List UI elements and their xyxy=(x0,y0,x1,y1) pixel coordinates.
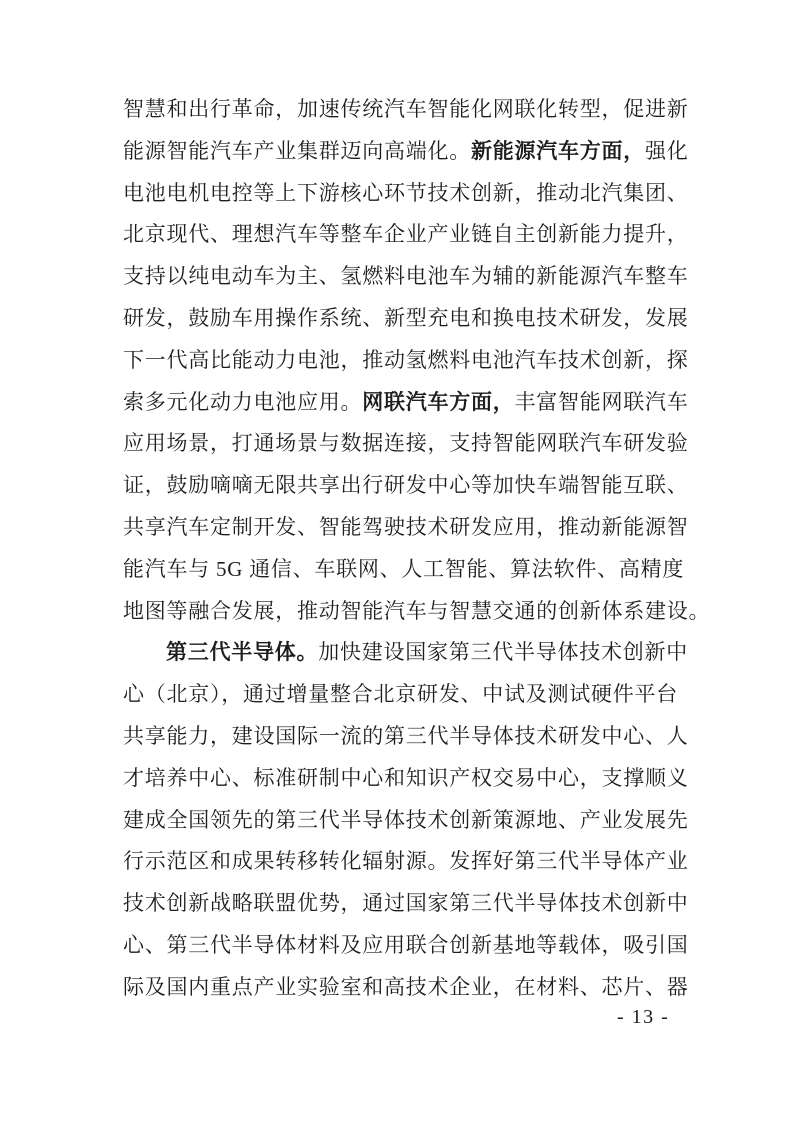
text-line: 际及国内重点产业实验室和高技术企业，在材料、芯片、器 xyxy=(123,967,689,1009)
text-segment: 加快建设国家第三代半导体技术创新中 xyxy=(318,640,688,664)
text-segment: 技术创新战略联盟优势，通过国家第三代半导体技术创新中 xyxy=(123,891,689,915)
text-line: 电池电机电控等上下游核心环节技术创新，推动北汽集团、 xyxy=(123,173,689,215)
text-segment: 应用场景，打通场景与数据连接，支持智能网联汽车研发验 xyxy=(123,431,689,455)
text-line: 应用场景，打通场景与数据连接，支持智能网联汽车研发验 xyxy=(123,423,689,465)
document-page: 智慧和出行革命，加速传统汽车智能化网联化转型，促进新 能源智能汽车产业集群迈向高… xyxy=(0,0,800,1131)
text-line: 行示范区和成果转移转化辐射源。发挥好第三代半导体产业 xyxy=(123,841,689,883)
text-segment: 丰富智能网联汽车 xyxy=(515,390,689,414)
text-line: 证，鼓励嘀嘀无限共享出行研发中心等加快车端智能互联、 xyxy=(123,465,689,507)
text-line: 北京现代、理想汽车等整车企业产业链自主创新能力提升， xyxy=(123,214,689,256)
text-segment: 北京现代、理想汽车等整车企业产业链自主创新能力提升， xyxy=(123,222,689,246)
text-line: 下一代高比能动力电池，推动氢燃料电池汽车技术创新，探 xyxy=(123,340,689,382)
text-segment: 地图等融合发展，推动智能汽车与智慧交通的创新体系建设。 xyxy=(123,599,710,623)
text-segment: 证，鼓励嘀嘀无限共享出行研发中心等加快车端智能互联、 xyxy=(123,473,689,497)
page-number: - 13 - xyxy=(617,1004,669,1030)
text-line: 心、第三代半导体材料及应用联合创新基地等载体，吸引国 xyxy=(123,925,689,967)
text-line: 心（北京），通过增量整合北京研发、中试及测试硬件平台 xyxy=(123,674,689,716)
text-line: 能源智能汽车产业集群迈向高端化。新能源汽车方面，强化 xyxy=(123,131,689,173)
text-segment: 行示范区和成果转移转化辐射源。发挥好第三代半导体产业 xyxy=(123,849,689,873)
text-line: 能汽车与 5G 通信、车联网、人工智能、算法软件、高精度 xyxy=(123,549,689,591)
bold-phrase: 第三代半导体。 xyxy=(166,641,318,664)
text-segment: 共享汽车定制开发、智能驾驶技术研发应用，推动新能源智 xyxy=(123,515,689,539)
text-segment: 能汽车与 5G 通信、车联网、人工智能、算法软件、高精度 xyxy=(123,557,684,581)
text-segment: 建成全国领先的第三代半导体技术创新策源地、产业发展先 xyxy=(123,808,689,832)
text-line: 才培养中心、标准研制中心和知识产权交易中心，支撑顺义 xyxy=(123,758,689,800)
text-segment: 下一代高比能动力电池，推动氢燃料电池汽车技术创新，探 xyxy=(123,348,689,372)
text-line: 索多元化动力电池应用。网联汽车方面，丰富智能网联汽车 xyxy=(123,382,689,424)
bold-phrase: 新能源汽车方面， xyxy=(471,140,645,163)
text-line: 研发，鼓励车用操作系统、新型充电和换电技术研发，发展 xyxy=(123,298,689,340)
text-segment: 支持以纯电动车为主、氢燃料电池车为辅的新能源汽车整车 xyxy=(123,264,689,288)
text-segment: 心、第三代半导体材料及应用联合创新基地等载体，吸引国 xyxy=(123,933,689,957)
text-segment: 电池电机电控等上下游核心环节技术创新，推动北汽集团、 xyxy=(123,181,689,205)
text-segment: 强化 xyxy=(645,139,689,163)
text-segment: 共享能力，建设国际一流的第三代半导体技术研发中心、人 xyxy=(123,724,689,748)
text-line: 智慧和出行革命，加速传统汽车智能化网联化转型，促进新 xyxy=(123,89,689,131)
text-line: 地图等融合发展，推动智能汽车与智慧交通的创新体系建设。 xyxy=(123,591,689,633)
text-segment: 才培养中心、标准研制中心和知识产权交易中心，支撑顺义 xyxy=(123,766,689,790)
bold-phrase: 网联汽车方面， xyxy=(362,391,514,414)
body-text: 智慧和出行革命，加速传统汽车智能化网联化转型，促进新 能源智能汽车产业集群迈向高… xyxy=(123,89,689,1009)
text-segment: 际及国内重点产业实验室和高技术企业，在材料、芯片、器 xyxy=(123,975,689,999)
text-segment: 索多元化动力电池应用。 xyxy=(123,390,362,414)
text-line: 支持以纯电动车为主、氢燃料电池车为辅的新能源汽车整车 xyxy=(123,256,689,298)
text-segment: 心（北京），通过增量整合北京研发、中试及测试硬件平台 xyxy=(123,682,678,706)
text-line-paragraph-start: 第三代半导体。加快建设国家第三代半导体技术创新中 xyxy=(123,632,689,674)
text-segment: 智慧和出行革命，加速传统汽车智能化网联化转型，促进新 xyxy=(123,97,689,121)
text-line: 技术创新战略联盟优势，通过国家第三代半导体技术创新中 xyxy=(123,883,689,925)
text-line: 共享汽车定制开发、智能驾驶技术研发应用，推动新能源智 xyxy=(123,507,689,549)
text-line: 共享能力，建设国际一流的第三代半导体技术研发中心、人 xyxy=(123,716,689,758)
text-segment: 研发，鼓励车用操作系统、新型充电和换电技术研发，发展 xyxy=(123,306,689,330)
text-line: 建成全国领先的第三代半导体技术创新策源地、产业发展先 xyxy=(123,800,689,842)
text-segment: 能源智能汽车产业集群迈向高端化。 xyxy=(123,139,471,163)
